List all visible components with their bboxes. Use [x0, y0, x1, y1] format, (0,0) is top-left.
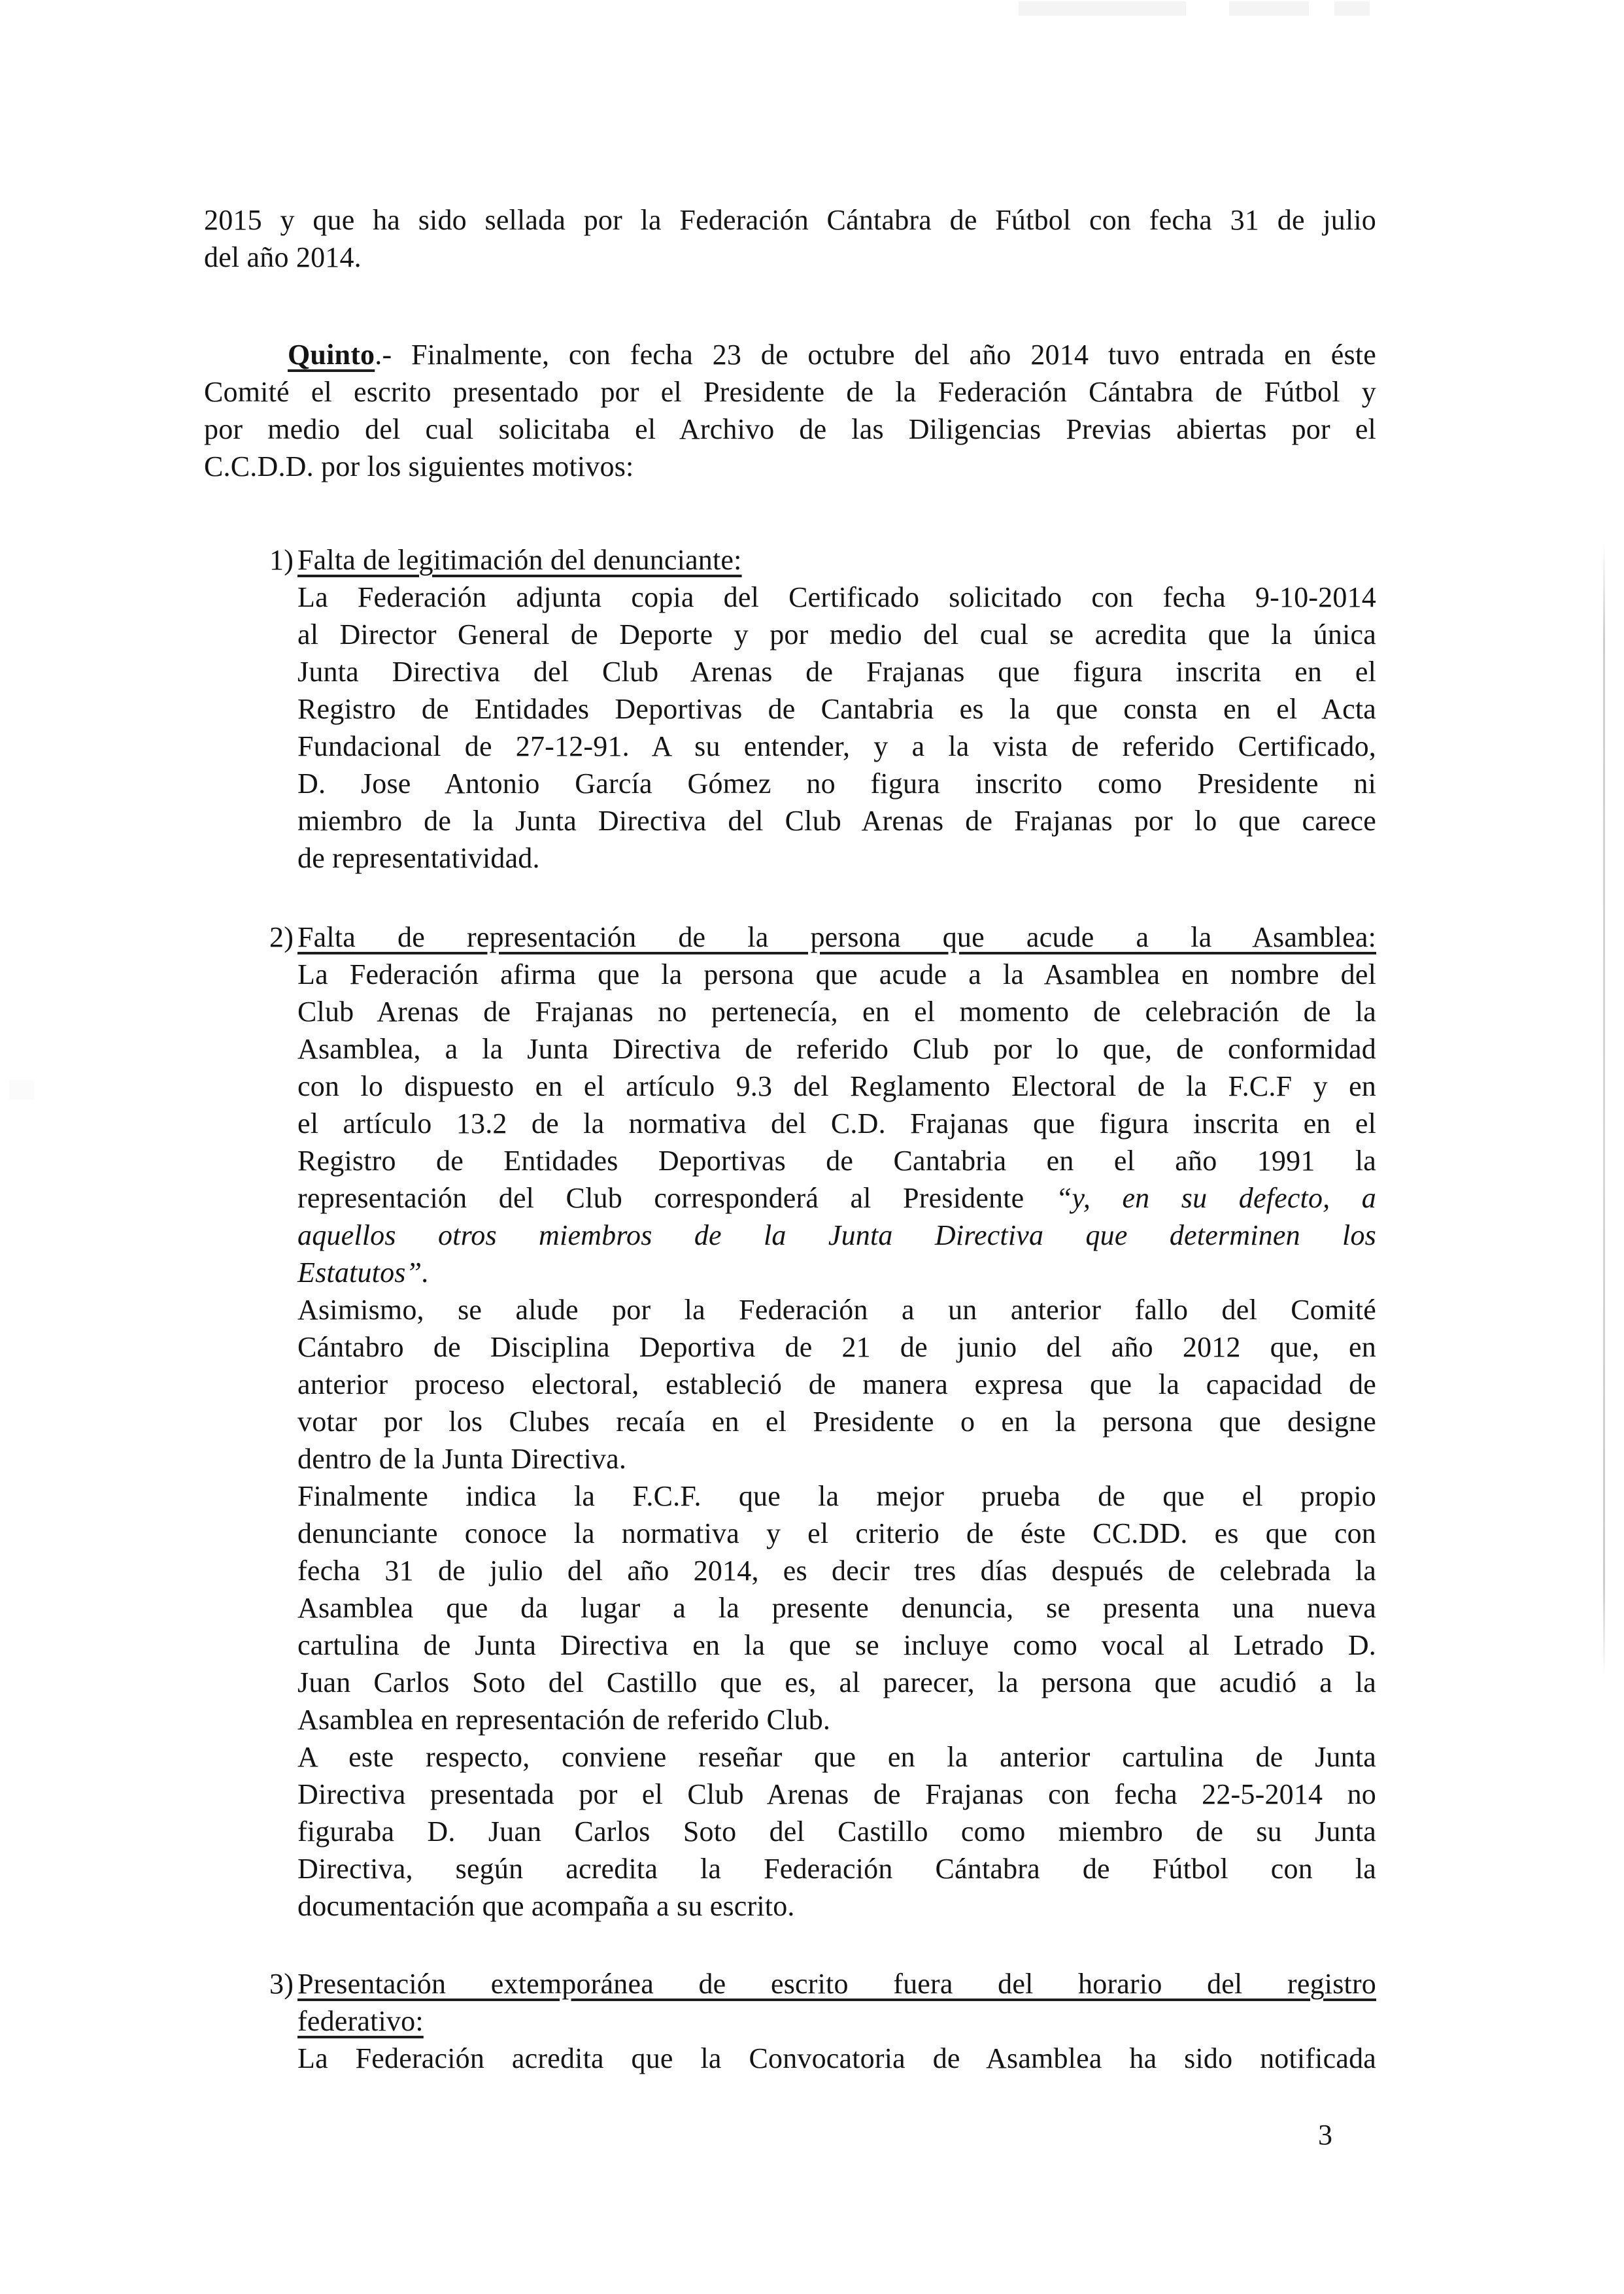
- text-line: aquellos otros miembros de la Junta Dire…: [297, 1217, 1376, 1254]
- item-heading-text: Falta de legitimación del denunciante:: [297, 544, 742, 576]
- section-label: Quinto: [288, 339, 375, 371]
- scan-artifact-vertical-line: [1603, 544, 1605, 1675]
- text-line: Registro de Entidades Deportivas de Cant…: [297, 690, 1376, 728]
- document-body: 2015 y que ha sido sellada por la Federa…: [204, 201, 1376, 2077]
- text-line: del año 2014.: [204, 239, 1376, 276]
- text-line: Juan Carlos Soto del Castillo que es, al…: [297, 1664, 1376, 1701]
- text-line: D. Jose Antonio García Gómez no figura i…: [297, 765, 1376, 802]
- item-heading-text: Falta de representación de la persona qu…: [297, 921, 1376, 953]
- intro-paragraph: 2015 y que ha sido sellada por la Federa…: [204, 201, 1376, 276]
- text-line: Estatutos”.: [297, 1254, 1376, 1291]
- text-line: A este respecto, conviene reseñar que en…: [297, 1738, 1376, 1776]
- scan-artifact-spot: [9, 1080, 34, 1100]
- text-line: cartulina de Junta Directiva en la que s…: [297, 1627, 1376, 1664]
- text-line: La Federación afirma que la persona que …: [297, 956, 1376, 993]
- page-number: 3: [1318, 2118, 1332, 2151]
- text-line: al Director General de Deporte y por med…: [297, 616, 1376, 653]
- scanned-document-page: 2015 y que ha sido sellada por la Federa…: [0, 0, 1624, 2294]
- text-line: fecha 31 de julio del año 2014, es decir…: [297, 1552, 1376, 1589]
- text-line: C.C.D.D. por los siguientes motivos:: [204, 448, 1376, 485]
- text-line: Quinto.- Finalmente, con fecha 23 de oct…: [204, 336, 1376, 373]
- text-line: con lo dispuesto en el artículo 9.3 del …: [297, 1068, 1376, 1105]
- item-number: 1): [269, 541, 294, 579]
- list-item-3: 3) Presentación extemporánea de escrito …: [204, 1965, 1376, 2077]
- scan-artifact-bar: [1019, 1, 1186, 16]
- text-line: dentro de la Junta Directiva.: [297, 1440, 1376, 1477]
- item-heading-text: Presentación extemporánea de escrito fue…: [297, 1968, 1376, 2000]
- item-heading-text: federativo:: [297, 2005, 424, 2037]
- text-line: La Federación adjunta copia del Certific…: [297, 579, 1376, 616]
- text-line: Junta Directiva del Club Arenas de Fraja…: [297, 653, 1376, 690]
- list-item-2: 2) Falta de representación de la persona…: [204, 919, 1376, 1925]
- text-line: 2015 y que ha sido sellada por la Federa…: [204, 201, 1376, 239]
- item-content: Presentación extemporánea de escrito fue…: [297, 1965, 1376, 2077]
- text-line: por medio del cual solicitaba el Archivo…: [204, 411, 1376, 448]
- text-line: Fundacional de 27-12-91. A su entender, …: [297, 728, 1376, 765]
- item-content: Falta de representación de la persona qu…: [297, 919, 1376, 1925]
- text-line: Asamblea, a la Junta Directiva de referi…: [297, 1030, 1376, 1068]
- text-line: Club Arenas de Frajanas no pertenecía, e…: [297, 993, 1376, 1030]
- item-heading: Presentación extemporánea de escrito fue…: [297, 1965, 1376, 2002]
- scan-artifact-bar: [1229, 1, 1309, 16]
- item-number: 2): [269, 919, 294, 956]
- text-line: Asamblea que da lugar a la presente denu…: [297, 1589, 1376, 1627]
- item-content: Falta de legitimación del denunciante: L…: [297, 541, 1376, 877]
- text-line: Asamblea en representación de referido C…: [297, 1701, 1376, 1738]
- text-line: documentación que acompaña a su escrito.: [297, 1887, 1376, 1925]
- item-heading: Falta de legitimación del denunciante:: [297, 541, 1376, 579]
- text-line: anterior proceso electoral, estableció d…: [297, 1366, 1376, 1403]
- scan-artifact-bar: [1334, 1, 1370, 16]
- section-quinto-paragraph: Quinto.- Finalmente, con fecha 23 de oct…: [204, 336, 1376, 485]
- text-line: La Federación acredita que la Convocator…: [297, 2040, 1376, 2077]
- section-text: .- Finalmente, con fecha 23 de octubre d…: [375, 339, 1376, 371]
- text-line: votar por los Clubes recaía en el Presid…: [297, 1403, 1376, 1440]
- text-line: representación del Club corresponderá al…: [297, 1179, 1376, 1217]
- text-line: Asimismo, se alude por la Federación a u…: [297, 1291, 1376, 1328]
- text-line: Directiva, según acredita la Federación …: [297, 1850, 1376, 1887]
- quote-italic-text: “y, en su defecto, a: [1056, 1182, 1376, 1214]
- text-line: figuraba D. Juan Carlos Soto del Castill…: [297, 1813, 1376, 1850]
- text-line: Finalmente indica la F.C.F. que la mejor…: [297, 1477, 1376, 1515]
- item-heading: federativo:: [297, 2002, 1376, 2040]
- item-number: 3): [269, 1965, 294, 2002]
- text-line: Cántabro de Disciplina Deportiva de 21 d…: [297, 1328, 1376, 1366]
- text-line: Directiva presentada por el Club Arenas …: [297, 1776, 1376, 1813]
- text-line: miembro de la Junta Directiva del Club A…: [297, 802, 1376, 839]
- item-heading: Falta de representación de la persona qu…: [297, 919, 1376, 956]
- text-line: Comité el escrito presentado por el Pres…: [204, 373, 1376, 411]
- text-line: el artículo 13.2 de la normativa del C.D…: [297, 1105, 1376, 1142]
- text-line: de representatividad.: [297, 839, 1376, 877]
- list-item-1: 1) Falta de legitimación del denunciante…: [204, 541, 1376, 877]
- text-line: denunciante conoce la normativa y el cri…: [297, 1515, 1376, 1552]
- text-line: Registro de Entidades Deportivas de Cant…: [297, 1142, 1376, 1179]
- quote-lead-text: representación del Club corresponderá al…: [297, 1182, 1056, 1214]
